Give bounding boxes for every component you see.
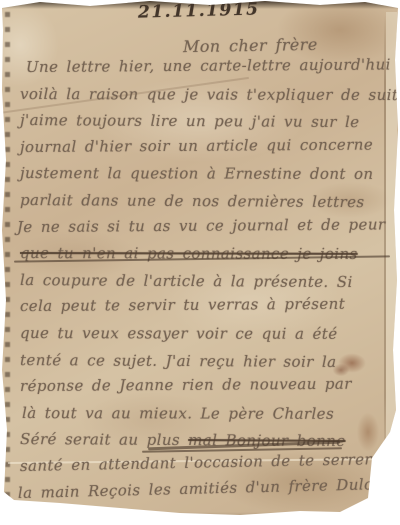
line-text: tenté a ce sujet. J'ai reçu hier soir la — [20, 351, 337, 371]
letter-line: là tout va au mieux. Le père Charles — [22, 404, 390, 432]
letter-line: journal d'hier soir un article qui conce… — [20, 135, 390, 164]
letter-line: voilà la raison que je vais t'expliquer … — [20, 85, 390, 113]
line-text: j'aime toujours lire un peu j'ai vu sur … — [20, 111, 360, 131]
letter-line: Une lettre hier, une carte-lettre aujour… — [26, 55, 390, 84]
line-text: parlait dans une de nos dernières lettre… — [20, 191, 365, 211]
line-text: là tout va au mieux. Le père Charles — [22, 404, 334, 423]
line-text: cela peut te servir tu verras à présent — [20, 295, 345, 315]
bottom-left-ink-mark — [5, 503, 15, 513]
letter-salutation: Mon cher frère — [183, 35, 318, 56]
letter-line: réponse de Jeanne rien de nouveau par — [20, 375, 390, 404]
letter-line: Je ne sais si tu as vu ce journal et de … — [17, 215, 390, 244]
line-text: journal d'hier soir un article qui conce… — [20, 135, 373, 155]
line-text: Je ne sais si tu as vu ce journal et de … — [17, 215, 386, 236]
line-text: la coupure de l'article à la présente. S… — [20, 271, 353, 291]
letter-paper: 21.11.1915 Mon cher frère Une lettre hie… — [0, 0, 400, 525]
letter-line: cela peut te servir tu verras à présent — [20, 295, 390, 324]
letter-line: que tu veux essayer voir ce qui a été — [20, 324, 390, 352]
line-text: que tu veux essayer voir ce qui a été — [20, 324, 338, 343]
line-text: voilà la raison que je vais t'expliquer … — [20, 85, 400, 104]
line-text: réponse de Jeanne rien de nouveau par — [20, 375, 352, 395]
line-text: Une lettre hier, une carte-lettre aujour… — [26, 55, 391, 76]
line-text: justement la question à Ernestine dont o… — [20, 164, 374, 183]
left-perforation-edge — [5, 12, 10, 497]
letter-line: justement la question à Ernestine dont o… — [20, 164, 390, 192]
letter-date: 21.11.1915 — [138, 0, 260, 23]
scanned-letter: 21.11.1915 Mon cher frère Une lettre hie… — [0, 0, 400, 525]
